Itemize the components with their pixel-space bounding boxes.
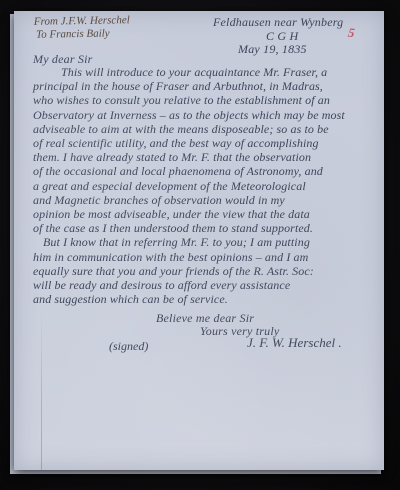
body-line: them. I have already stated to Mr. F. th… [33, 150, 378, 164]
dateline-place: Feldhausen near Wynberg [213, 15, 343, 30]
body-line: of real scientific utility, and the best… [33, 136, 378, 150]
body-line: a great and especial development of the … [33, 179, 378, 193]
letter-page: From J.F.W. Herschel To Francis Baily 5 … [14, 11, 384, 470]
dateline-date: May 19, 1835 [238, 42, 307, 57]
body-line: him in communication with the best opini… [33, 250, 378, 264]
archival-note-to: To Francis Baily [34, 27, 130, 42]
archival-note-from: From J.F.W. Herschel [34, 14, 130, 29]
body-line: of the occasional and local phaenomena o… [33, 164, 378, 178]
body-line: and Magnetic branches of observation wou… [33, 193, 378, 207]
body-line: Observatory at Inverness – as to the obj… [33, 108, 378, 122]
signed-label: (signed) [109, 339, 148, 354]
archival-note: From J.F.W. Herschel To Francis Baily [34, 14, 130, 42]
body-line: principal in the house of Fraser and Arb… [33, 79, 378, 93]
body-line: of the case as I then understood them to… [33, 221, 378, 235]
photo-background: From J.F.W. Herschel To Francis Baily 5 … [0, 0, 400, 490]
body-line: will be ready and desirous to afford eve… [33, 278, 378, 292]
letter-body: This will introduce to your acquaintance… [33, 65, 378, 306]
body-line: and suggestion which can be of service. [33, 292, 378, 306]
body-line: This will introduce to your acquaintance… [33, 65, 378, 79]
body-line: who wishes to consult you relative to th… [33, 93, 378, 107]
body-line: opinion be most adviseable, under the vi… [33, 207, 378, 221]
body-line: equally sure that you and your friends o… [33, 264, 378, 278]
body-line: But I know that in referring Mr. F. to y… [33, 235, 378, 249]
folio-number: 5 [347, 25, 356, 42]
signature: J. F. W. Herschel . [247, 335, 342, 351]
fold-crease [41, 311, 42, 470]
body-line: adviseable to aim at with the means disp… [33, 122, 378, 136]
